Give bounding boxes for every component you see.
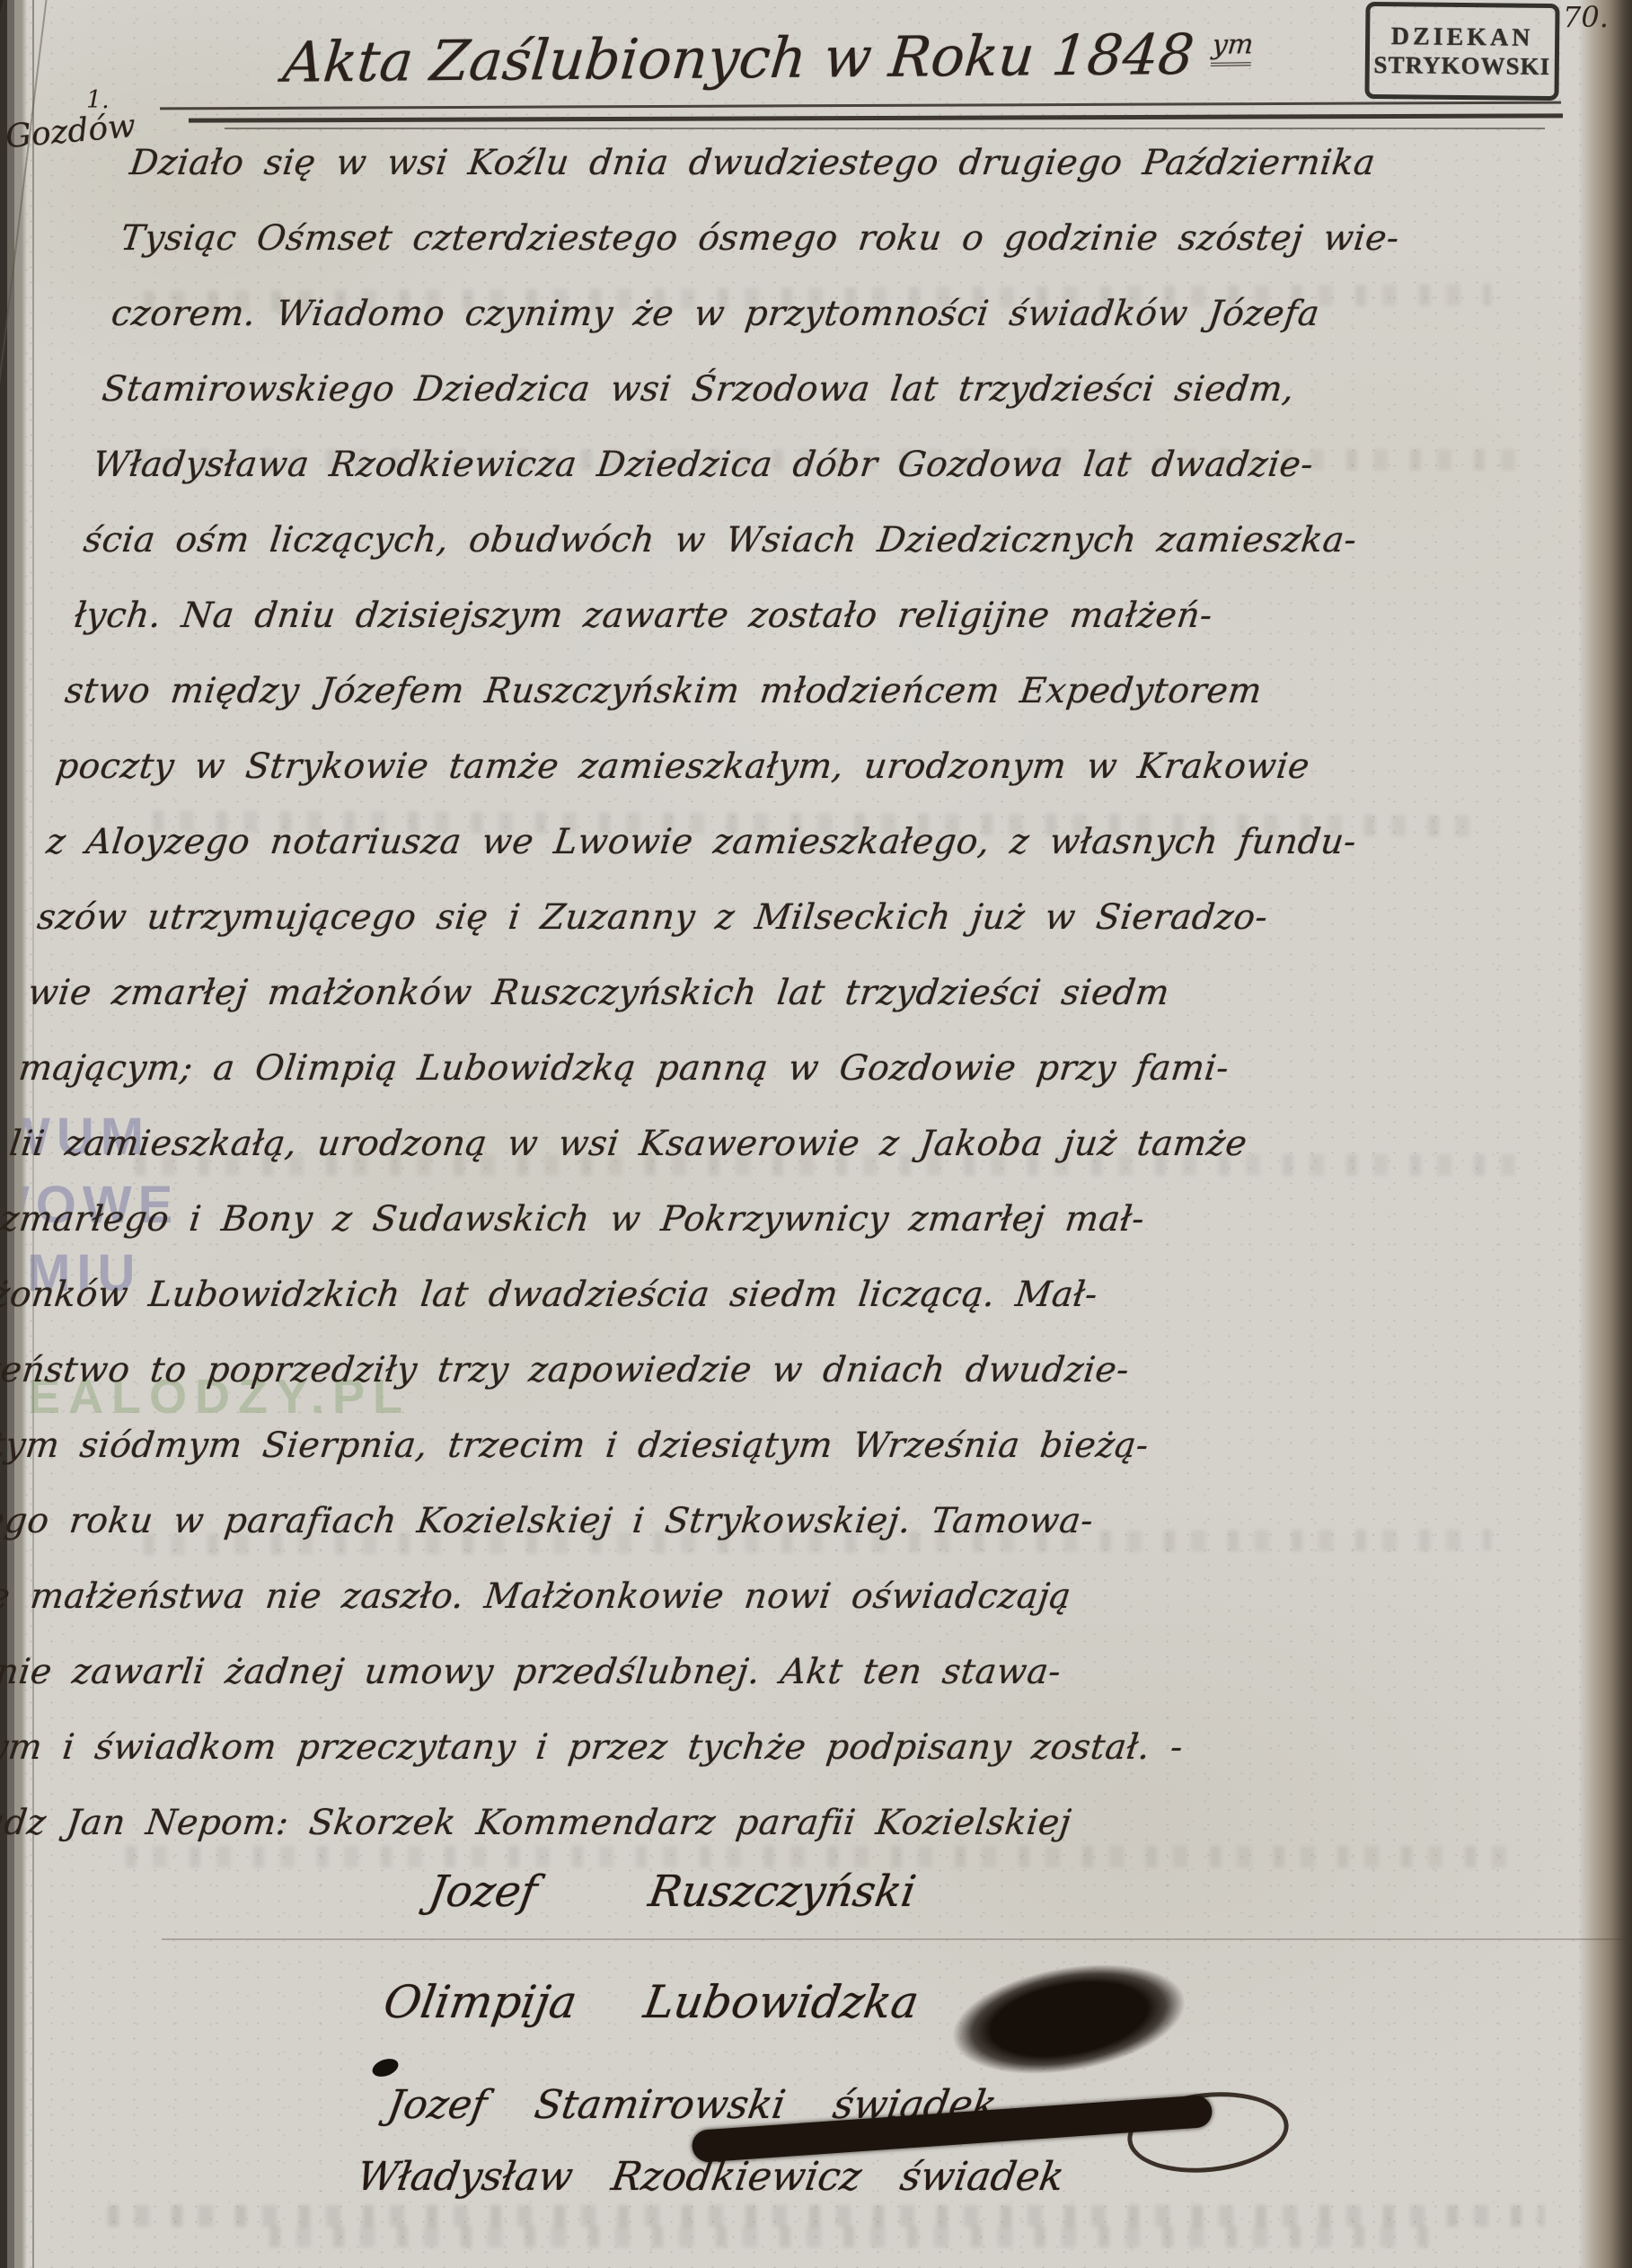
- record-line: Działo się w wsi Koźlu dnia dwudziestego…: [126, 126, 1590, 201]
- record-line: z Aloyzego notariusza we Lwowie zamieszk…: [42, 805, 1506, 880]
- record-line: lii zamieszkałą, urodzoną w wsi Ksawerow…: [5, 1107, 1469, 1182]
- record-line: mającym; a Olimpią Lubowidzką panną w Go…: [14, 1031, 1478, 1107]
- bleedthrough-band: [269, 2226, 1437, 2247]
- record-line: Tysiąc Ośmset czterdziestego ósmego roku…: [116, 201, 1580, 277]
- record-line: łych. Na dniu dzisiejszym zawarte został…: [70, 578, 1534, 654]
- record-line: jącym i świadkom przeczytany i przez tyc…: [0, 1710, 1395, 1786]
- page-right-edge: [1578, 0, 1632, 2268]
- record-line: Ksiądz Jan Nepom: Skorzek Kommendarz par…: [0, 1786, 1386, 1861]
- record-line: stym siódmym Sierpnia, trzecim i dziesią…: [0, 1408, 1433, 1484]
- dziekan-strykowski-stamp: DZIEKAN STRYKOWSKI: [1364, 2, 1559, 101]
- record-line: czorem. Wiadomo czynimy że w przytomnośc…: [107, 277, 1571, 352]
- record-line: poczty w Strykowie tamże zamieszkałym, u…: [51, 729, 1515, 805]
- record-title-text: Akta Zaślubionych w Roku 1848: [280, 22, 1196, 95]
- document-scan: IWUM WOWE OMIU ENEALODZY.PL DZIEKAN STRY…: [0, 0, 1632, 2268]
- record-title-suffix: ym: [1211, 30, 1255, 66]
- title-underline: [160, 101, 1561, 110]
- ink-blot: [916, 1932, 1221, 2105]
- record-line: żonków Lubowidzkich lat dwadzieścia sied…: [0, 1258, 1451, 1333]
- signature-groom: Jozef Ruszczyński: [426, 1866, 920, 1917]
- record-line: iż nie zawarli żadnej umowy przedślubnej…: [0, 1635, 1405, 1710]
- record-line: Stamirowskiego Dziedzica wsi Śrzodowa la…: [98, 352, 1562, 428]
- record-text: Działo się w wsi Koźlu dnia dwudziestego…: [0, 126, 1590, 1861]
- title-underline: [189, 113, 1563, 122]
- faint-ruled-line: [162, 1938, 1632, 1940]
- record-line: szów utrzymującego się i Zuzanny z Milse…: [33, 880, 1497, 956]
- ink-spot: [370, 2055, 401, 2079]
- bleedthrough-band: [108, 2205, 1545, 2227]
- page-number: 70.: [1563, 0, 1609, 34]
- record-line: nie małżeństwa nie zaszło. Małżonkowie n…: [0, 1559, 1414, 1635]
- record-title: Akta Zaślubionych w Roku 1848 ym: [168, 20, 1369, 96]
- record-line: cego roku w parafiach Kozielskiej i Stry…: [0, 1484, 1423, 1559]
- signature-bride: Olimpija Lubowidzka: [380, 1976, 922, 2028]
- record-line: zmarłego i Bony z Sudawskich w Pokrzywni…: [0, 1182, 1460, 1258]
- stamp-line: STRYKOWSKI: [1373, 50, 1550, 80]
- record-line: wie zmarłej małżonków Ruszczyńskich lat …: [23, 956, 1487, 1031]
- record-line: żeństwo to poprzedziły trzy zapowiedzie …: [0, 1333, 1442, 1408]
- stamp-line: DZIEKAN: [1391, 22, 1534, 53]
- record-line: stwo między Józefem Ruszczyńskim młodzie…: [60, 654, 1524, 729]
- record-line: Władysława Rzodkiewicza Dziedzica dóbr G…: [88, 428, 1552, 503]
- record-line: ścia ośm liczących, obudwóch w Wsiach Dz…: [79, 503, 1543, 578]
